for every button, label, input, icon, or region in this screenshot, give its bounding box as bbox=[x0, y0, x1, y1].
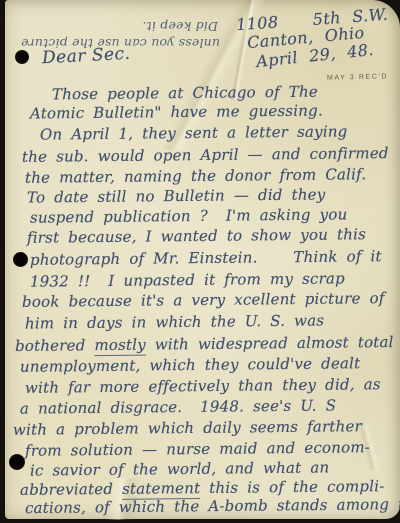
punch-hole bbox=[15, 50, 29, 64]
body-line: photograph of Mr. Einstein. Think of it bbox=[30, 247, 382, 269]
letter-photo: { "colors": { "paper": "#e8e2c6", "ink":… bbox=[0, 0, 400, 523]
body-line: book because it's a very xcellent pictur… bbox=[22, 289, 385, 311]
body-line: the matter, naming the donor from Calif. bbox=[25, 165, 366, 187]
body-line: unemployment, which they could've dealt bbox=[20, 354, 361, 376]
body-line: him in days in which the U. S. was bbox=[25, 311, 324, 332]
underlined-word: mostly bbox=[94, 336, 146, 357]
postscript-line: Did keep it. bbox=[14, 19, 218, 34]
body-line: the sub. would open April — and confirme… bbox=[22, 144, 389, 166]
body-line: ic savior of the world, and what an bbox=[30, 458, 330, 479]
body-line: Those people at Chicago of The bbox=[52, 83, 318, 104]
body-line: Atomic Bulletin" have me guessing. bbox=[30, 101, 323, 122]
punch-hole bbox=[9, 454, 25, 470]
body-line: first because, I wanted to show you this bbox=[27, 225, 366, 247]
body-line: 1932 !! I unpasted it from my scrap bbox=[30, 269, 345, 290]
body-line: suspend publication ? I'm asking you bbox=[30, 205, 348, 226]
body-line: with far more effectively than they did,… bbox=[25, 375, 381, 397]
punch-hole bbox=[13, 252, 28, 267]
body-line: On April 1, they sent a letter saying bbox=[40, 122, 348, 143]
body-line: To date still no Bulletin — did they bbox=[27, 185, 326, 206]
body-line: with a problem which daily seems farther bbox=[13, 417, 362, 439]
body-line: from solution — nurse maid and econom- bbox=[25, 438, 370, 460]
body-line: a national disgrace. 1948. see's U. S bbox=[20, 396, 336, 417]
